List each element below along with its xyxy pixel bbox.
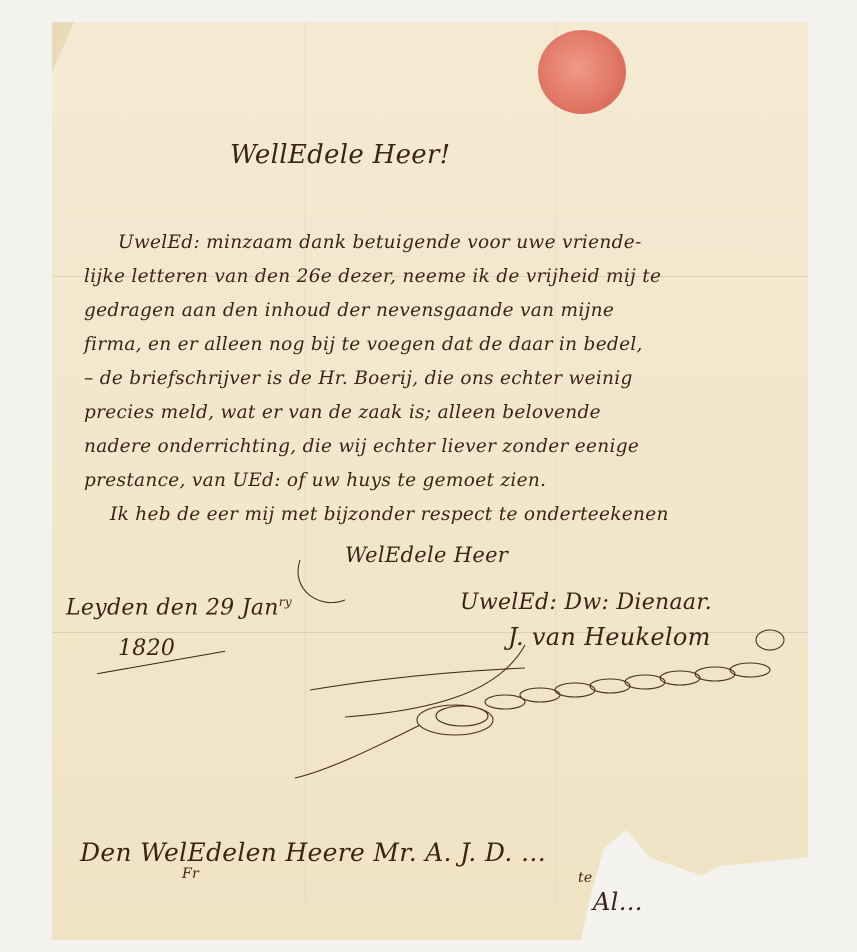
body-line: – de briefschrijver is de Hr. Boerij, di… <box>84 368 633 389</box>
year: 1820 <box>118 636 175 661</box>
body-line: prestance, van UEd: of uw huys te gemoet… <box>84 470 546 491</box>
closing: WelEdele Heer <box>345 543 508 567</box>
signature-line-1: UwelEd: Dw: Dienaar. <box>460 590 712 615</box>
address-annotation: Fr <box>182 866 199 882</box>
salutation: WellEdele Heer! <box>230 140 450 170</box>
body-line: firma, en er alleen nog bij te voegen da… <box>84 334 643 355</box>
wax-seal <box>538 30 626 114</box>
body-line: lijke letteren van den 26e dezer, neeme … <box>84 266 661 287</box>
signature-name: J. van Heukelom <box>508 623 711 651</box>
address-line-1: Den WelEdelen Heere Mr. A. J. D. … <box>80 838 546 867</box>
body-line: precies meld, wat er van de zaak is; all… <box>84 402 601 423</box>
place-date-text: Leyden den 29 Jan <box>66 595 279 620</box>
fold-line-vertical <box>555 22 556 902</box>
body-line: gedragen aan den inhoud der nevensgaande… <box>84 300 614 321</box>
body-line: UwelEd: minzaam dank betuigende voor uwe… <box>118 232 642 253</box>
body-line: Ik heb de eer mij met bijzonder respect … <box>110 504 669 525</box>
address-line-2: Al… <box>593 888 643 916</box>
address-prefix: te <box>578 870 593 886</box>
place-date-sup: ry <box>279 595 292 609</box>
body-line: nadere onderrichting, die wij echter lie… <box>84 436 639 457</box>
place-date: Leyden den 29 Janry <box>66 595 292 620</box>
